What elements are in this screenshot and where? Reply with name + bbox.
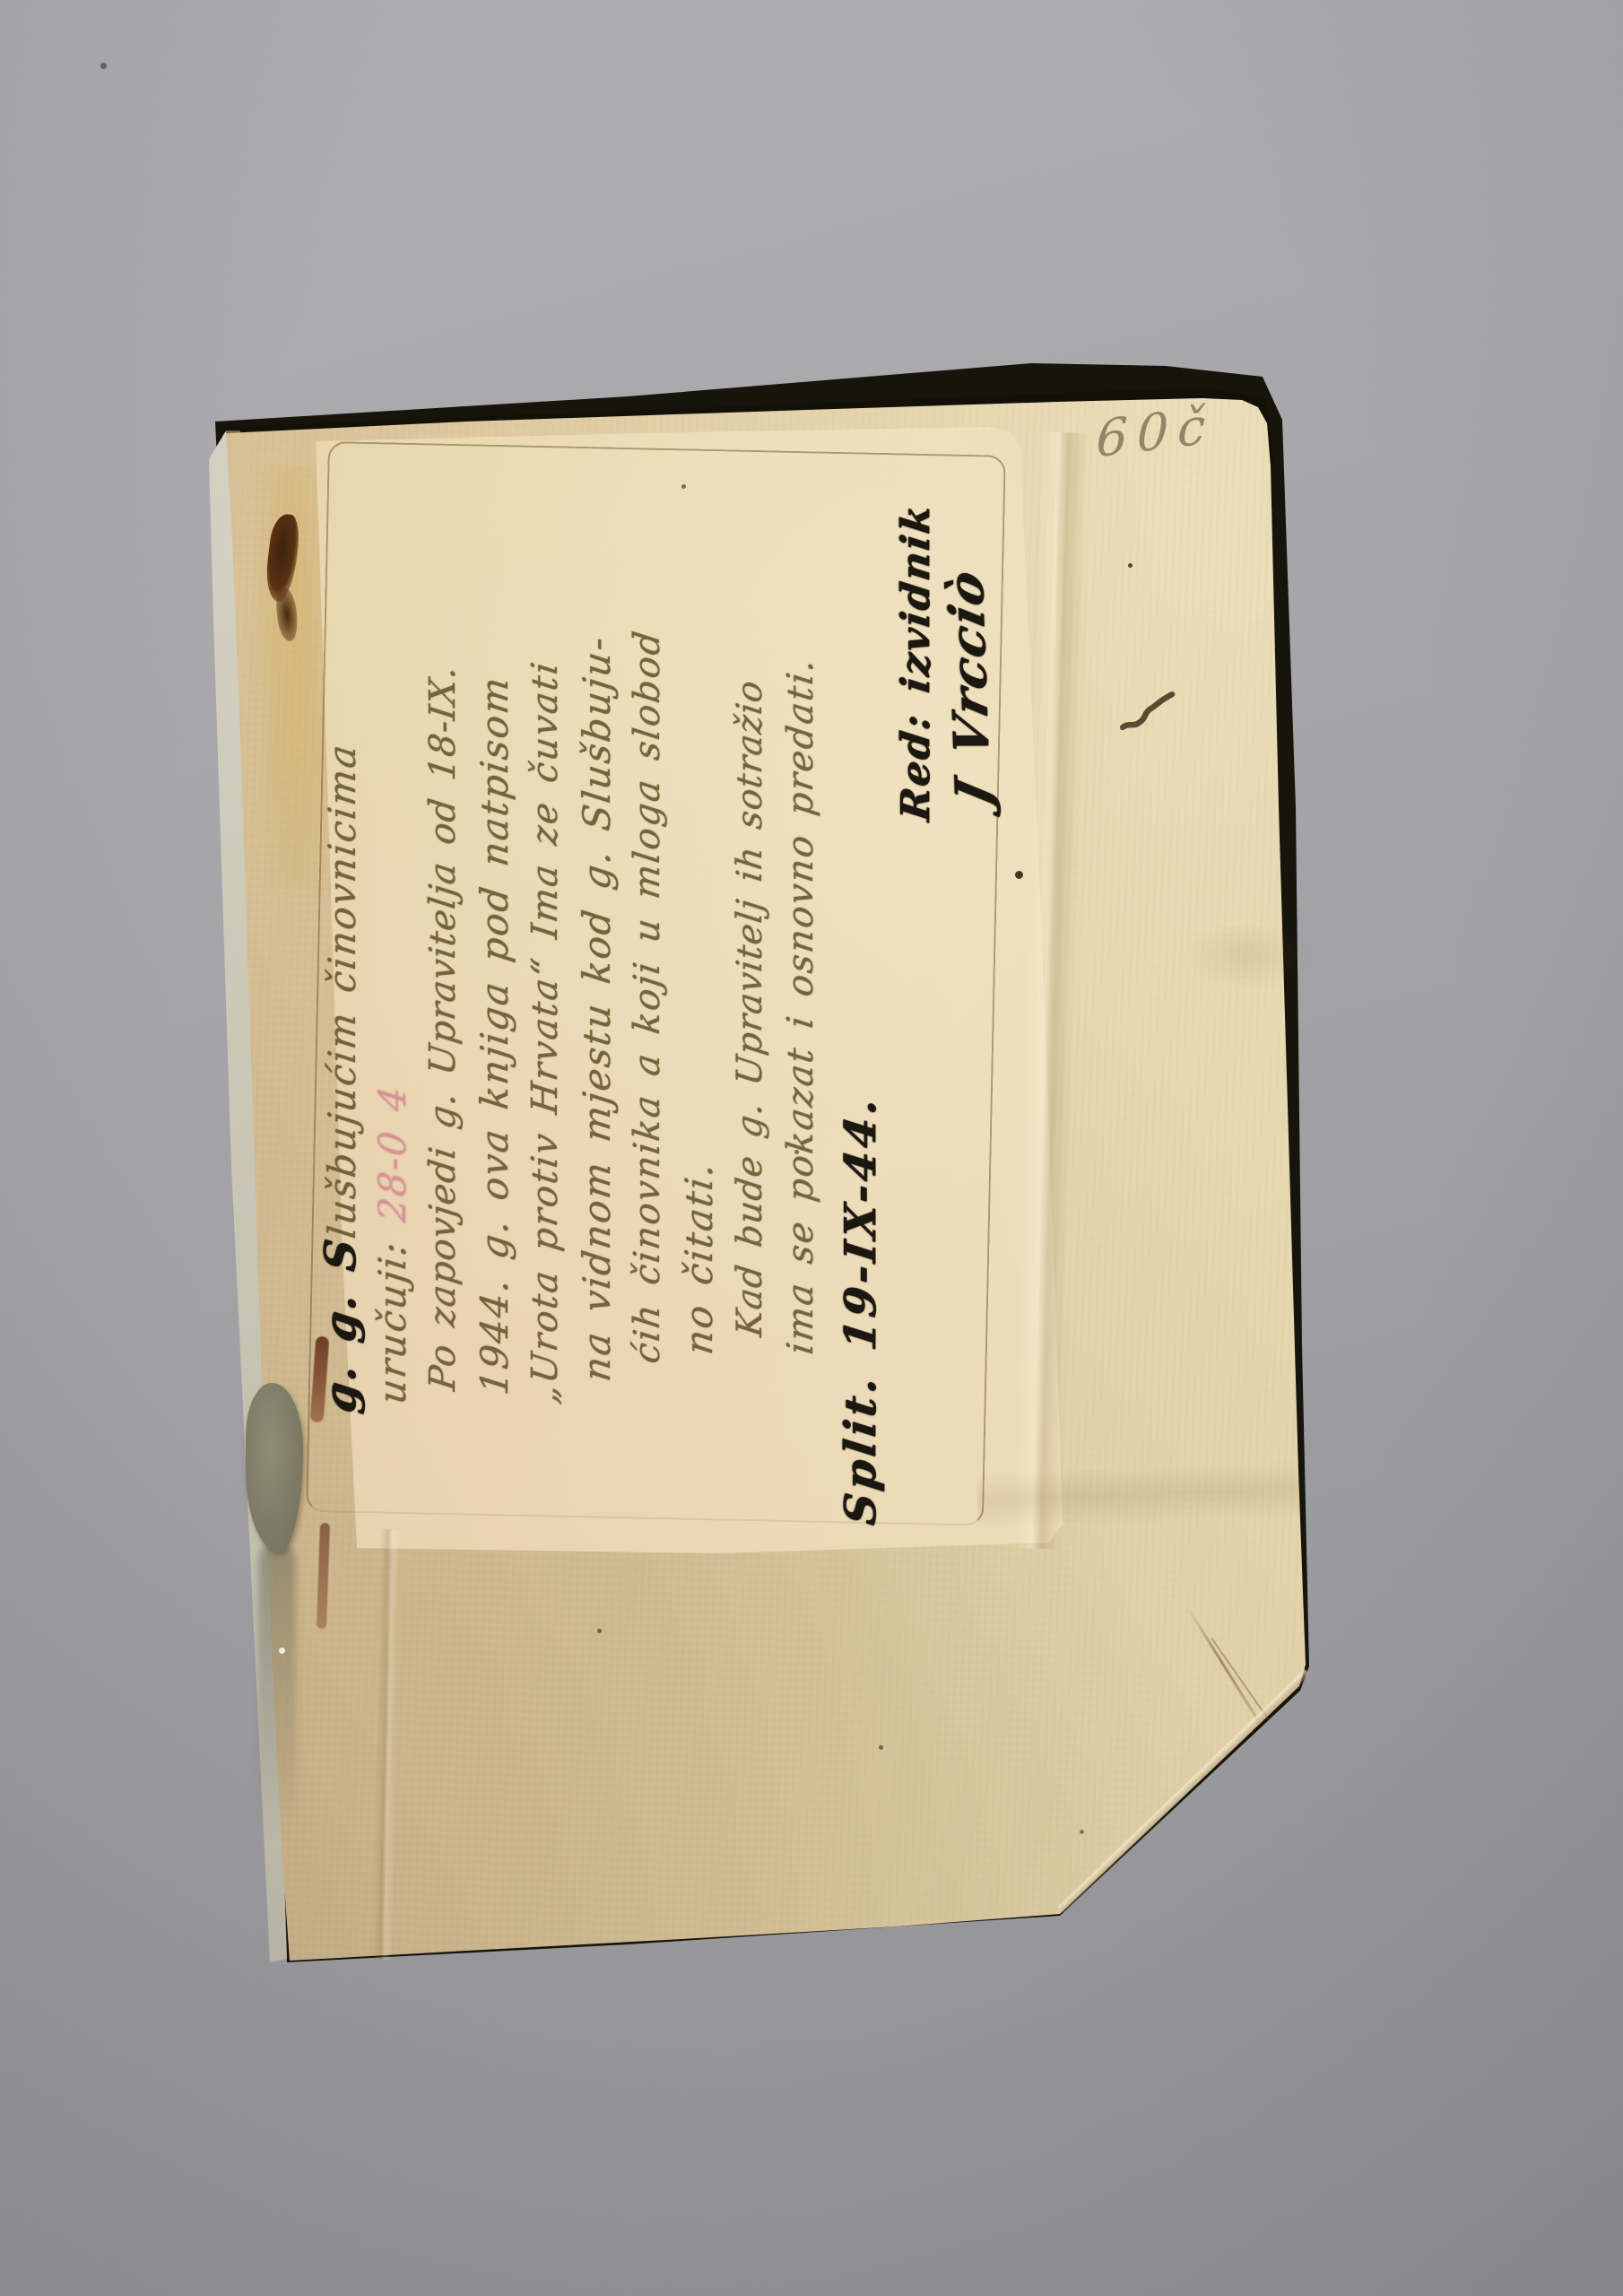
handwriting-line: ima se pokazat i osnovno predati.: [776, 419, 827, 1358]
handwriting-line: „Urota protiv Hrvata“ Ima ze čuvati: [520, 419, 571, 1407]
handwriting-line: Po zapovjedi g. Upravitelja od 18-IX.: [418, 419, 469, 1394]
handwriting-line: 1944. g. ova knjiga pod natpisom: [469, 419, 520, 1398]
edge-damage-blob: [246, 1383, 303, 1552]
handwriting-line: Kad bude g. Upravitelj ih sotražio: [725, 419, 776, 1340]
handwriting-line: ćih činovnika a koji u mloga slobod: [622, 419, 673, 1367]
handwriting-line: na vidnom mjestu kod g. Slušbuju-: [571, 419, 622, 1385]
handwriting-signature: J Vrcciò: [935, 414, 1000, 810]
ink-smudge-mark: [1117, 689, 1177, 734]
handwriting-line: no čitati.: [673, 419, 725, 1358]
edge-damage-shadow: [258, 1543, 296, 1839]
handwritten-note: g. g. Slušbujućim činovnicima uručuji: 2…: [316, 422, 1042, 1538]
handwriting-line: g. g. Slušbujućim činovnicima: [316, 419, 367, 1416]
handwriting-line-role: Red: izvidnik: [890, 419, 942, 824]
handwriting-rotated-block: g. g. Slušbujućim činovnicima uručuji: 2…: [316, 422, 1042, 1538]
dust-specks: [0, 0, 4, 4]
faint-stain: [1184, 924, 1309, 987]
handwriting-line-date: Split. 19-IX-44.: [836, 419, 887, 1528]
handwriting-line: uručuji: 28-0 4: [367, 419, 418, 1407]
scanner-bed-background: g. g. Slušbujućim činovnicima uručuji: 2…: [0, 0, 1623, 2296]
